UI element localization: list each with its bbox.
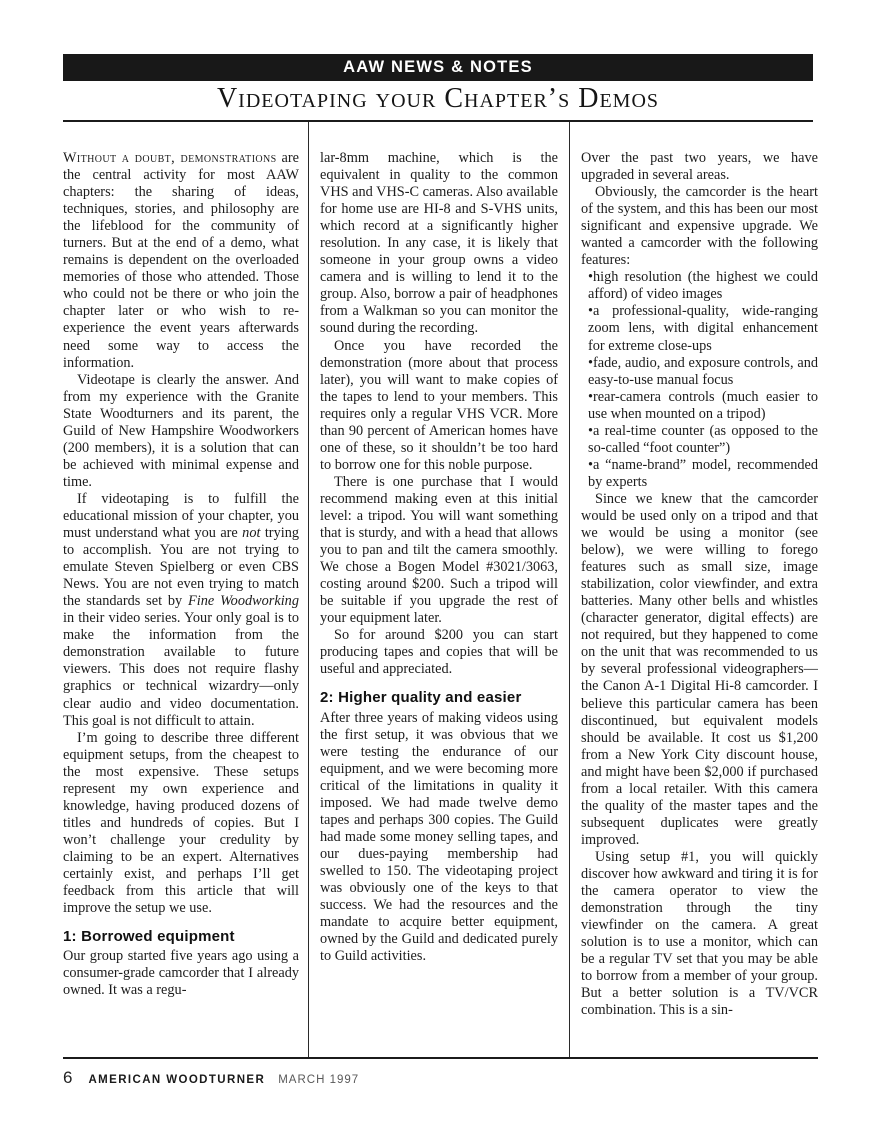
bullet-item: a real-time counter (as opposed to the s…	[581, 423, 818, 457]
page-number: 6	[63, 1068, 72, 1088]
lead-in-text: Without a doubt, demonstrations	[63, 150, 277, 166]
bullet-item: high resolution (the highest we could af…	[581, 269, 818, 303]
column-divider	[569, 122, 570, 1057]
text-column-1: Without a doubt, demonstrations are the …	[63, 150, 299, 1057]
paragraph: So for around $200 you can start produci…	[320, 627, 558, 678]
text-run-italic: Fine Woodworking	[188, 593, 299, 609]
article-title: Videotaping your Chapter’s Demos	[63, 82, 813, 116]
section-heading: 1: Borrowed equipment	[63, 928, 299, 945]
magazine-name: AMERICAN WOODTURNER	[88, 1074, 265, 1086]
section-heading: 2: Higher quality and easier	[320, 689, 558, 706]
title-rule	[63, 120, 813, 122]
text-run: are the central activity for most AAW ch…	[63, 150, 299, 371]
bullet-item: a “name-brand” model, recommended by exp…	[581, 457, 818, 491]
bullet-item: rear-camera controls (much easier to use…	[581, 389, 818, 423]
section-banner: AAW NEWS & NOTES	[63, 54, 813, 81]
paragraph: Once you have recorded the demonstration…	[320, 338, 558, 474]
text-run: in their video series. Your only goal is…	[63, 610, 299, 728]
paragraph: I’m going to describe three different eq…	[63, 730, 299, 918]
paragraph: Obviously, the camcorder is the heart of…	[581, 184, 818, 269]
section-banner-label: AAW NEWS & NOTES	[343, 58, 533, 77]
paragraph: Since we knew that the camcorder would b…	[581, 491, 818, 849]
paragraph: There is one purchase that I would recom…	[320, 474, 558, 627]
page-footer: 6 AMERICAN WOODTURNER MARCH 1997	[63, 1068, 803, 1088]
paragraph: After three years of making videos using…	[320, 710, 558, 966]
magazine-page: AAW NEWS & NOTES Videotaping your Chapte…	[0, 0, 876, 1133]
footer-rule	[63, 1057, 818, 1059]
text-column-2: lar-8mm machine, which is the equivalent…	[320, 150, 558, 1057]
bullet-item: fade, audio, and exposure controls, and …	[581, 355, 818, 389]
paragraph: lar-8mm machine, which is the equivalent…	[320, 150, 558, 338]
paragraph: Our group started five years ago using a…	[63, 948, 299, 999]
paragraph: Without a doubt, demonstrations are the …	[63, 150, 299, 372]
text-column-3: Over the past two years, we have upgrade…	[581, 150, 818, 1057]
issue-date: MARCH 1997	[278, 1074, 359, 1086]
paragraph: Using setup #1, you will quickly discove…	[581, 849, 818, 1019]
paragraph: Videotape is clearly the answer. And fro…	[63, 372, 299, 491]
paragraph: If videotaping is to fulfill the educati…	[63, 491, 299, 730]
paragraph: Over the past two years, we have upgrade…	[581, 150, 818, 184]
text-run-italic: not	[242, 525, 260, 541]
column-divider	[308, 122, 309, 1057]
bullet-item: a professional-quality, wide-ranging zoo…	[581, 303, 818, 354]
